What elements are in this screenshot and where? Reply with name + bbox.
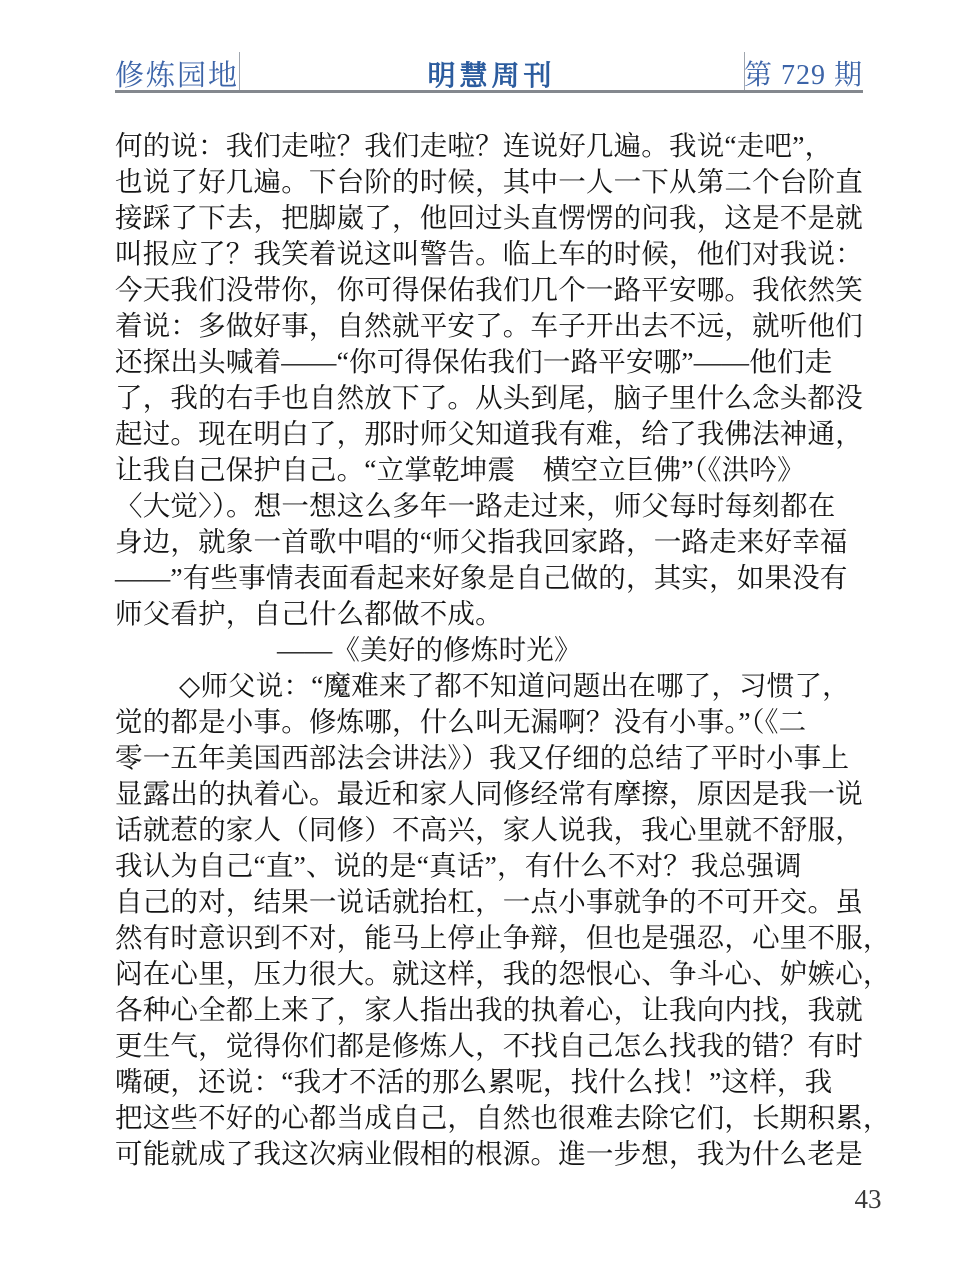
text-line: 我认为自己“直”、说的是“真话”，有什么不对？我总强调 — [115, 848, 875, 884]
text-line: 各种心全都上来了，家人指出我的执着心，让我向内找，我就 — [115, 992, 875, 1028]
text-line: 起过。现在明白了，那时师父知道我有难，给了我佛法神通， — [115, 416, 875, 452]
text-line: 话就惹的家人（同修）不高兴，家人说我，我心里就不舒服， — [115, 812, 875, 848]
text-line: 何的说：我们走啦？我们走啦？连说好几遍。我说“走吧”， — [115, 128, 875, 164]
text-line: 嘴硬，还说：“我才不活的那么累呢，找什么找！”这样，我 — [115, 1064, 875, 1100]
text-line: ◇师父说：“魔难来了都不知道问题出在哪了，习惯了， — [115, 668, 875, 704]
header-rule — [115, 90, 863, 93]
text-line: 然有时意识到不对，能马上停止争辩，但也是强忍，心里不服， — [115, 920, 875, 956]
text-line: 更生气，觉得你们都是修炼人，不找自己怎么找我的错？有时 — [115, 1028, 875, 1064]
article-body: 何的说：我们走啦？我们走啦？连说好几遍。我说“走吧”，也说了好几遍。下台阶的时候… — [115, 128, 875, 1172]
text-line: 师父看护，自己什么都做不成。 — [115, 596, 875, 632]
text-line: 可能就成了我这次病业假相的根源。進一步想，我为什么老是 — [115, 1136, 875, 1172]
text-line: 显露出的执着心。最近和家人同修经常有摩擦，原因是我一说 — [115, 776, 875, 812]
text-line: 还探出头喊着——“你可得保佑我们一路平安哪”——他们走 — [115, 344, 875, 380]
page-number: 43 — [843, 1184, 893, 1215]
text-line: ——《美好的修炼时光》 — [115, 632, 875, 668]
header-issue-number: 第 729 期 — [744, 53, 863, 93]
text-line: 身边，就象一首歌中唱的“师父指我回家路，一路走来好幸福 — [115, 524, 875, 560]
text-line: 觉的都是小事。修炼哪，什么叫无漏啊？没有小事。”（《二 — [115, 704, 875, 740]
header-section-label: 修炼园地 — [115, 53, 239, 94]
text-line: 了，我的右手也自然放下了。从头到尾，脑子里什么念头都没 — [115, 380, 875, 416]
text-line: 闷在心里，压力很大。就这样，我的怨恨心、争斗心、妒嫉心， — [115, 956, 875, 992]
header-publication-title: 明慧周刊 — [240, 54, 743, 94]
text-line: 也说了好几遍。下台阶的时候，其中一人一下从第二个台阶直 — [115, 164, 875, 200]
text-line: 叫报应了？我笑着说这叫警告。临上车的时候，他们对我说： — [115, 236, 875, 272]
document-page: 修炼园地 明慧周刊 第 729 期 何的说：我们走啦？我们走啦？连说好几遍。我说… — [0, 0, 978, 1265]
text-line: 自己的对，结果一说话就抬杠，一点小事就争的不可开交。虽 — [115, 884, 875, 920]
text-line: 接踩了下去，把脚崴了，他回过头直愣愣的问我，这是不是就 — [115, 200, 875, 236]
text-line: 今天我们没带你，你可得保佑我们几个一路平安哪。我依然笑 — [115, 272, 875, 308]
text-line: ——”有些事情表面看起来好象是自己做的，其实，如果没有 — [115, 560, 875, 596]
text-line: 把这些不好的心都当成自己，自然也很难去除它们，长期积累， — [115, 1100, 875, 1136]
text-line: 让我自己保护自己。“立掌乾坤震 横空立巨佛”（《洪吟》 — [115, 452, 875, 488]
text-line: 零一五年美国西部法会讲法》）我又仔细的总结了平时小事上 — [115, 740, 875, 776]
text-line: 着说：多做好事，自然就平安了。车子开出去不远，就听他们 — [115, 308, 875, 344]
text-line: 〈大觉〉）。想一想这么多年一路走过来，师父每时每刻都在 — [115, 488, 875, 524]
